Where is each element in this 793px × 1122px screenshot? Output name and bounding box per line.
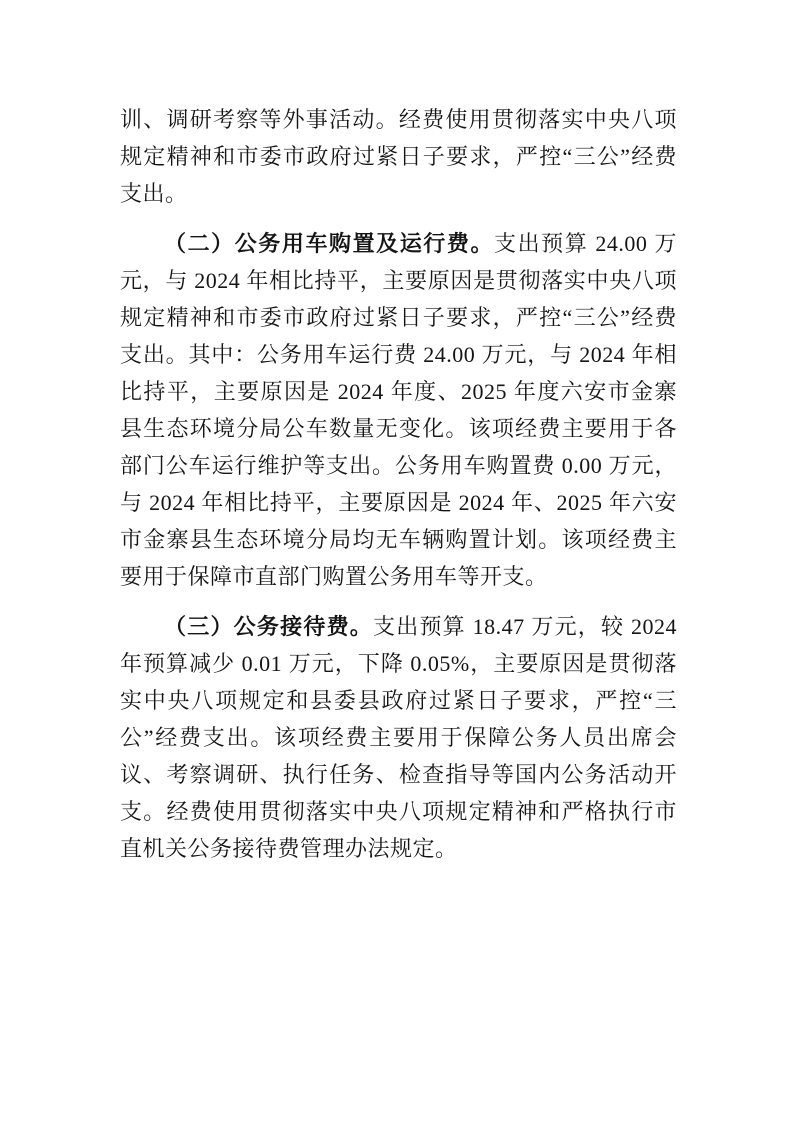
paragraph-text: 训、调研考察等外事活动。经费使用贯彻落实中央八项规定精神和市委市政府过紧日子要求… [120, 107, 677, 206]
section-heading-reception-expense: （三）公务接待费。 [164, 614, 373, 639]
document-page: 训、调研考察等外事活动。经费使用贯彻落实中央八项规定精神和市委市政府过紧日子要求… [0, 0, 793, 1122]
paragraph-text: 支出预算 18.47 万元，较 2024 年预算减少 0.01 万元，下降 0.… [120, 614, 677, 861]
section-heading-vehicle-expense: （二）公务用车购置及运行费。 [164, 231, 494, 256]
paragraph-official-vehicle-expense: （二）公务用车购置及运行费。支出预算 24.00 万元，与 2024 年相比持平… [120, 225, 677, 595]
paragraph-text: 支出预算 24.00 万元，与 2024 年相比持平，主要原因是贯彻落实中央八项… [120, 231, 677, 589]
paragraph-official-reception-expense: （三）公务接待费。支出预算 18.47 万元，较 2024 年预算减少 0.01… [120, 608, 677, 867]
paragraph-continuation-foreign-affairs: 训、调研考察等外事活动。经费使用贯彻落实中央八项规定精神和市委市政府过紧日子要求… [120, 101, 677, 212]
document-body: 训、调研考察等外事活动。经费使用贯彻落实中央八项规定精神和市委市政府过紧日子要求… [120, 101, 677, 880]
